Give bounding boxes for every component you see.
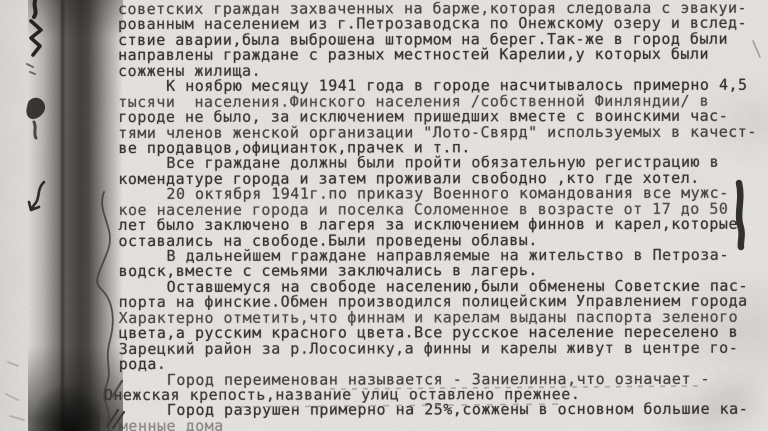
pencil-scribbles-bottom-left [6,362,24,420]
text-line: кое население города и поселка Соломенно… [118,201,766,218]
text-line: тями членов женской организации "Лото-Св… [118,124,766,141]
text-line: Зарецкий район за р.Лососинку,а финны и … [119,340,767,357]
text-line: сожжены жилища. [118,62,766,79]
text-line: менные дома [119,417,767,431]
text-line: Онежская крепость,название улиц оставлен… [104,387,767,404]
binding-crease-line [61,0,64,431]
text-line: Характерно отметить,что финнам и карелам… [119,309,767,326]
text-line: Все граждане должны были пройти обязател… [118,155,766,172]
text-line: В дальнейшем граждане направляемые на жи… [119,248,767,265]
scanned-page: советских граждан захваченных на барже,к… [0,0,768,431]
typewritten-text: советских граждан захваченных на барже,к… [118,1,767,431]
binding-shadow-band [28,0,123,431]
text-line: рованным населением из г.Петрозаводска п… [118,16,766,33]
binding-shadow-bottom [30,386,100,431]
